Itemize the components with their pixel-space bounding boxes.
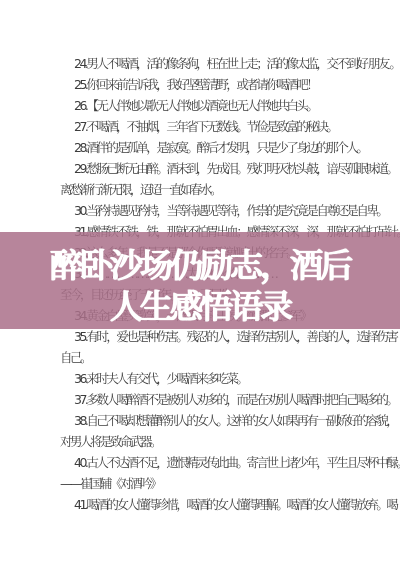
quote-line: 自己。 <box>60 347 400 368</box>
quote-line: 24.男人不喝酒，活的像条狗，枉在世上走；活的像太监，交不到好 朋友 。 <box>60 53 400 74</box>
quote-line: 25.你回来前告诉我，我好坚壁清野，或者请你喝酒吧！ <box>60 74 400 95</box>
quote-line: 26.【无人伴她以歌无人伴她以酒竟也无人伴她共白头。 <box>60 95 400 116</box>
article-page: { "page": { "background_color": "#ffffff… <box>0 0 400 566</box>
page-background: 24.男人不喝酒，活的像条狗，枉在世上走；活的像太监，交不到好 朋友 。25.你… <box>0 0 400 566</box>
quote-line: 离愁渐行渐无限，迢迢一直如春水。 <box>60 179 400 200</box>
quote-line: 40.古人不达酒不足，遗恨精灵传此曲。寄言世上诸少年，平生且尽杯中醁。 <box>60 452 400 473</box>
quote-line: 28.酒伴的是孤单，是寂寞。醉后才发明，只是少了身边的那个人。 <box>60 137 400 158</box>
quote-line: 对男人将是致命武器。 <box>60 431 400 452</box>
overlay-title-line1: 醉卧沙场仍励志，酒后 <box>0 245 400 286</box>
quote-line: 41.喝酒的女人懂得珍惜，喝酒的女人懂得理解。喝酒的女人懂得放弃。喝 <box>60 494 400 515</box>
quote-line: 38.自己不喝却想灌醉别人的女人。这样的女人如果再有一副娇好的容貌， <box>60 410 400 431</box>
quote-line: 30.当矜持遇见矜持，当等待遇见等待，作祟的是究竟是自尊还是自卑。 <box>60 200 400 221</box>
overlay-title: 醉卧沙场仍励志，酒后 人生感悟语录 <box>0 245 400 327</box>
quote-line: 35.有时，爱也是种伤害。残忍的人，选择伤害别人，善良的人，选择伤害 <box>60 326 400 347</box>
overlay-title-line2: 人生感悟语录 <box>0 286 400 327</box>
quote-line: ——崔国辅《对酒吟》 <box>60 473 400 494</box>
quote-line: 27.不喝酒，不抽烟，三年省下无数钱。节俭是致富的秘诀。 <box>60 116 400 137</box>
quote-line: 36.来时夫人有交代，少喝酒来多吃菜。 <box>60 368 400 389</box>
quote-line: 29.愁肠已断无由醉。酒未到，先成泪。残灯明灭枕头攲，谙尽孤眠味道。 <box>60 158 400 179</box>
quote-line: 37.多数人喝醉酒不是被别人劝多的，而是在劝别人喝酒时把自己喝多的。 <box>60 389 400 410</box>
